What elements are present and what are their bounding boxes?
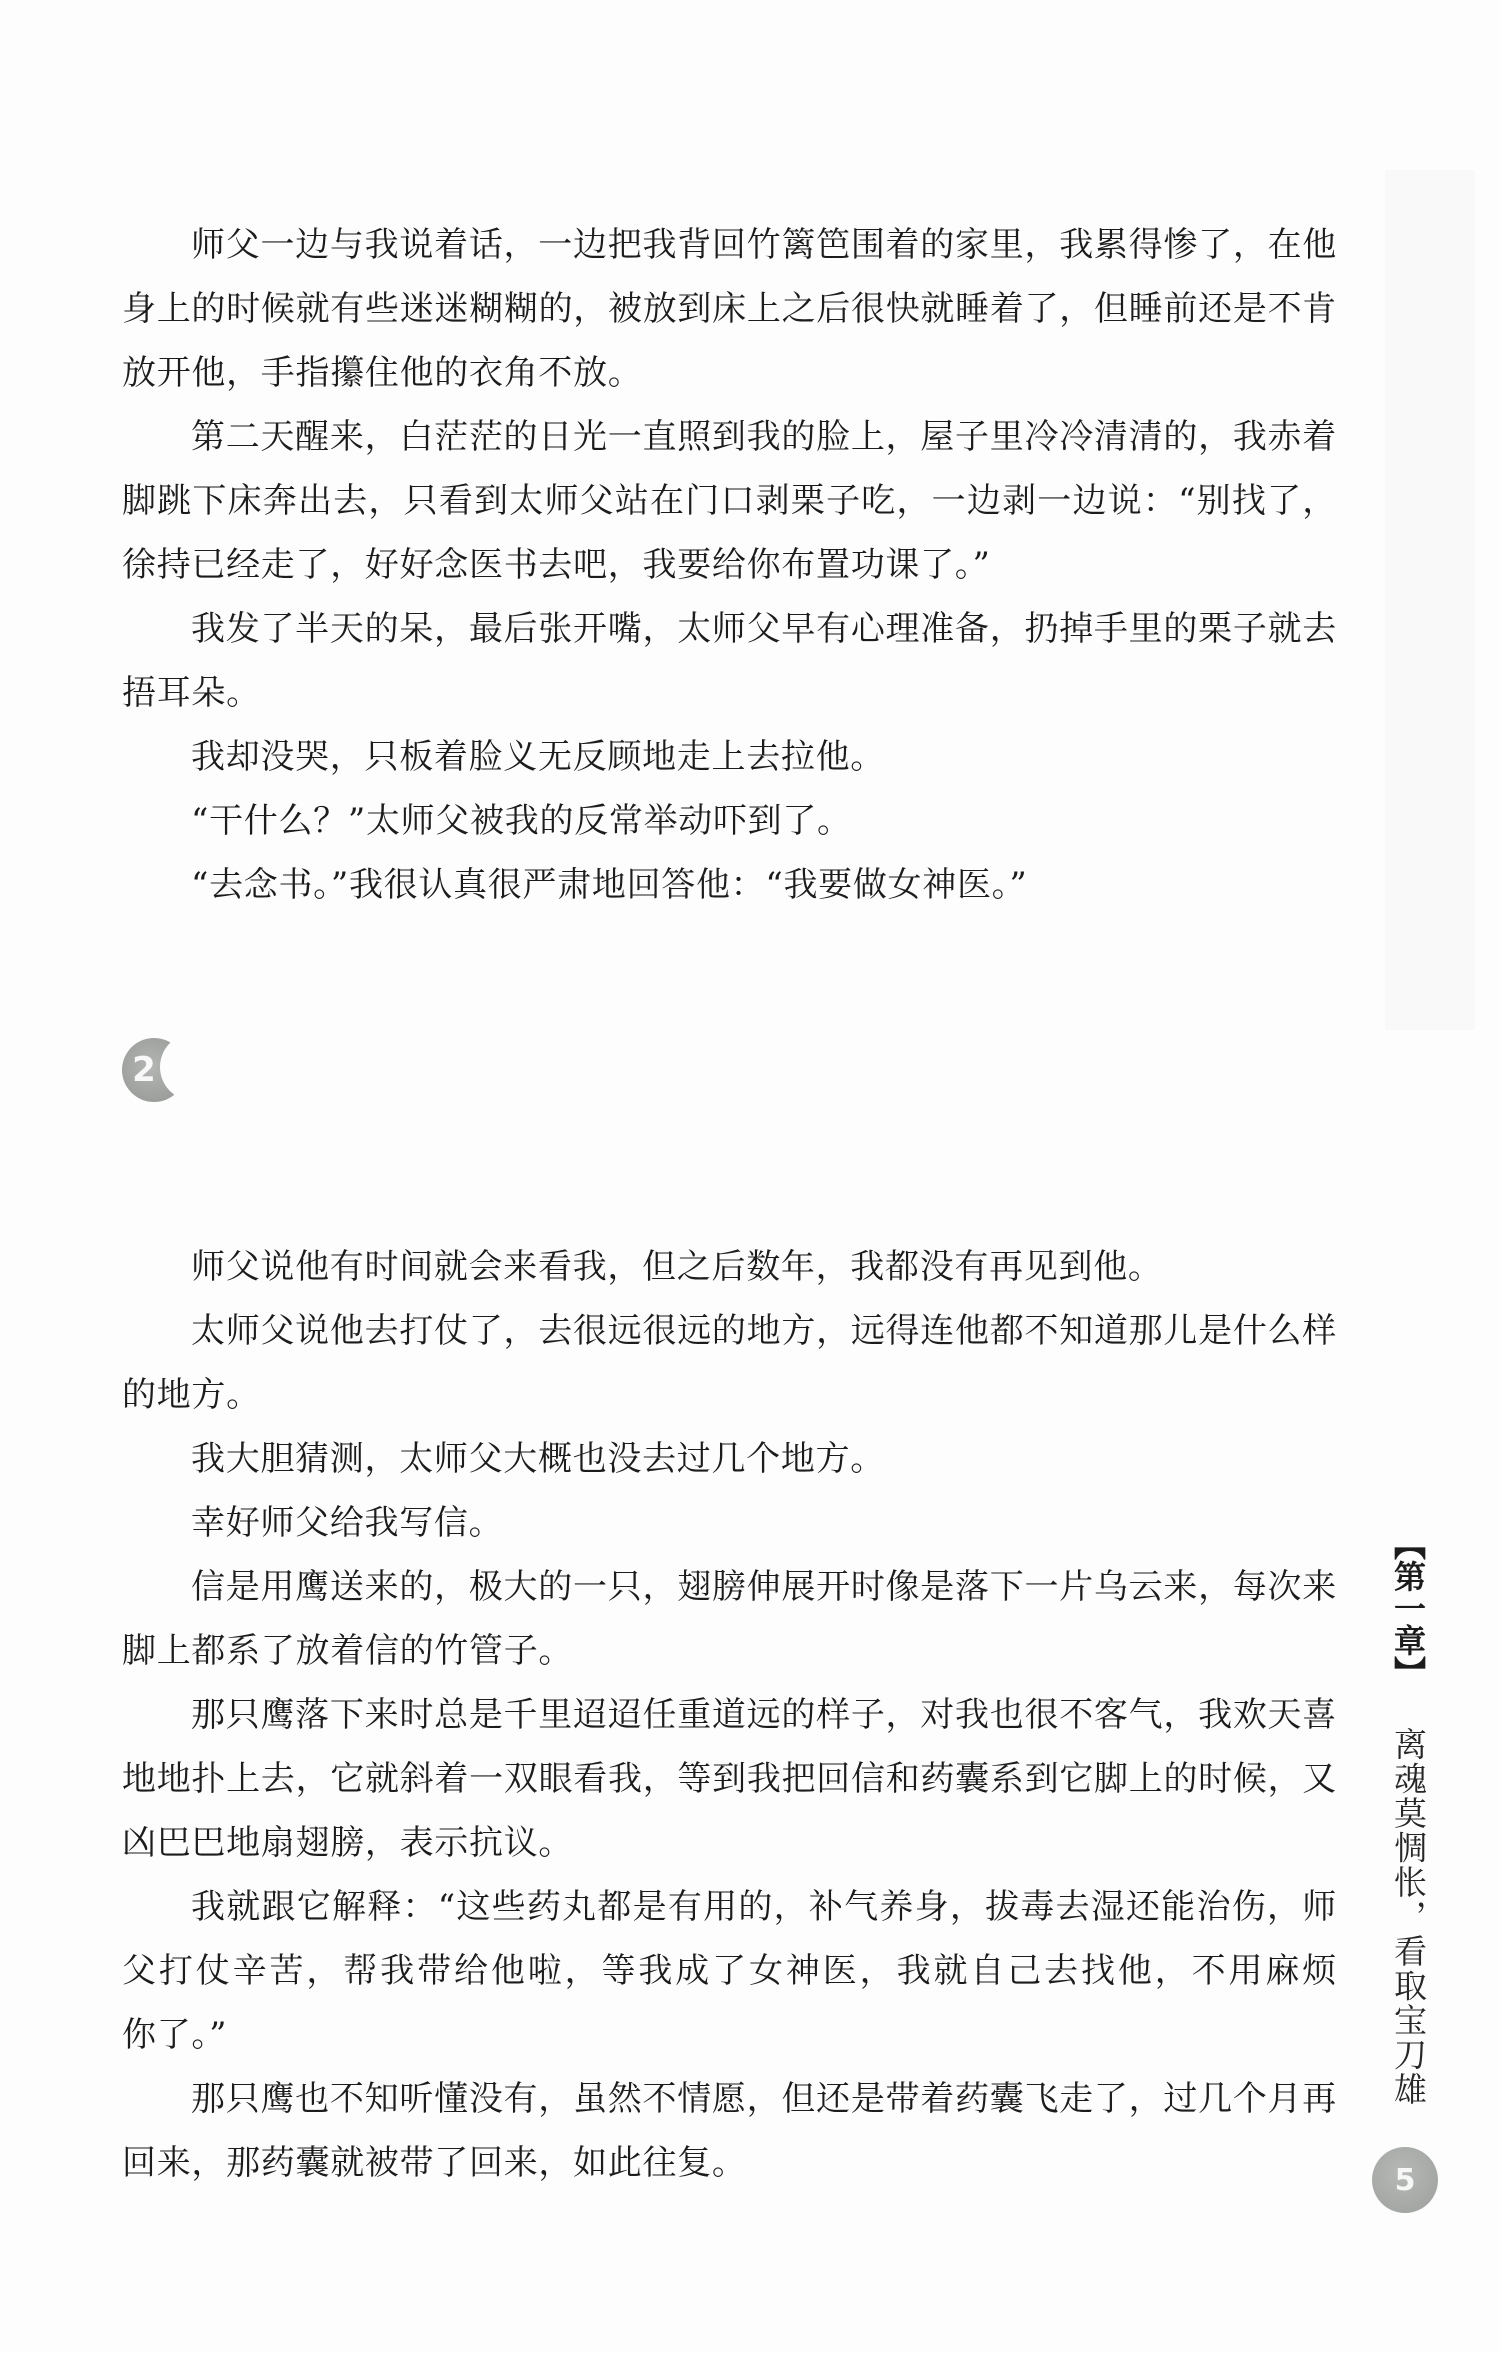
paragraph: 幸好师父给我写信。 xyxy=(122,1491,1337,1555)
section-number-badge: 2 xyxy=(118,1034,200,1106)
text-line: 你了。” xyxy=(122,2003,1337,2067)
text-line: 徐持已经走了，好好念医书去吧，我要给你布置功课了。” xyxy=(122,533,1337,597)
text-line: 回来，那药囊就被带了回来，如此往复。 xyxy=(122,2131,1337,2195)
paragraph: 太师父说他去打仗了，去很远很远的地方，远得连他都不知道那儿是什么样 的地方。 xyxy=(122,1299,1337,1427)
paragraph: 那只鹰落下来时总是千里迢迢任重道远的样子，对我也很不客气，我欢天喜 地地扑上去，… xyxy=(122,1683,1337,1875)
text-line: 捂耳朵。 xyxy=(122,661,1337,725)
paragraph: 第二天醒来，白茫茫的日光一直照到我的脸上，屋子里冷冷清清的，我赤着 脚跳下床奔出… xyxy=(122,405,1337,597)
text-line: 的地方。 xyxy=(122,1363,1337,1427)
text-line: 我就跟它解释：“这些药丸都是有用的，补气养身，拔毒去湿还能治伤，师 xyxy=(122,1875,1337,1939)
text-line: 脚跳下床奔出去，只看到太师父站在门口剥栗子吃，一边剥一边说：“别找了， xyxy=(122,469,1337,533)
scan-shading xyxy=(1385,170,1475,1030)
chapter-label: 【第一章】 xyxy=(1391,1528,1425,1688)
text-line: 信是用鹰送来的，极大的一只，翅膀伸展开时像是落下一片乌云来，每次来 xyxy=(122,1555,1337,1619)
paragraph: “干什么？”太师父被我的反常举动吓到了。 xyxy=(122,789,1337,853)
paragraph: “去念书。”我很认真很严肃地回答他：“我要做女神医。” xyxy=(122,853,1337,917)
text-line: 我发了半天的呆，最后张开嘴，太师父早有心理准备，扔掉手里的栗子就去 xyxy=(122,597,1337,661)
section-1: 师父一边与我说着话，一边把我背回竹篱笆围着的家里，我累得惨了，在他 身上的时候就… xyxy=(122,213,1337,917)
text-line: 凶巴巴地扇翅膀，表示抗议。 xyxy=(122,1811,1337,1875)
paragraph: 我就跟它解释：“这些药丸都是有用的，补气养身，拔毒去湿还能治伤，师 父打仗辛苦，… xyxy=(122,1875,1337,2067)
paragraph: 师父说他有时间就会来看我，但之后数年，我都没有再见到他。 xyxy=(122,1235,1337,1299)
text-line: 地地扑上去，它就斜着一双眼看我，等到我把回信和药囊系到它脚上的时候，又 xyxy=(122,1747,1337,1811)
text-line: 我大胆猜测，太师父大概也没去过几个地方。 xyxy=(122,1427,1337,1491)
text-line: 师父一边与我说着话，一边把我背回竹篱笆围着的家里，我累得惨了，在他 xyxy=(122,213,1337,277)
section-2: 师父说他有时间就会来看我，但之后数年，我都没有再见到他。 太师父说他去打仗了，去… xyxy=(122,1235,1337,2195)
text-line: 父打仗辛苦，帮我带给他啦，等我成了女神医，我就自己去找他，不用麻烦 xyxy=(122,1939,1337,2003)
page-number-badge: 5 xyxy=(1372,2147,1438,2213)
text-line: 那只鹰也不知听懂没有，虽然不情愿，但还是带着药囊飞走了，过几个月再 xyxy=(122,2067,1337,2131)
page-number: 5 xyxy=(1395,2163,1416,2198)
paragraph: 那只鹰也不知听懂没有，虽然不情愿，但还是带着药囊飞走了，过几个月再 回来，那药囊… xyxy=(122,2067,1337,2195)
text-line: 第二天醒来，白茫茫的日光一直照到我的脸上，屋子里冷冷清清的，我赤着 xyxy=(122,405,1337,469)
text-line: 身上的时候就有些迷迷糊糊的，被放到床上之后很快就睡着了，但睡前还是不肯 xyxy=(122,277,1337,341)
text-line: 放开他，手指攥住他的衣角不放。 xyxy=(122,341,1337,405)
text-line: “去念书。”我很认真很严肃地回答他：“我要做女神医。” xyxy=(122,853,1337,917)
paragraph: 信是用鹰送来的，极大的一只，翅膀伸展开时像是落下一片乌云来，每次来 脚上都系了放… xyxy=(122,1555,1337,1683)
section-number: 2 xyxy=(128,1048,160,1092)
paragraph: 师父一边与我说着话，一边把我背回竹篱笆围着的家里，我累得惨了，在他 身上的时候就… xyxy=(122,213,1337,405)
text-line: 幸好师父给我写信。 xyxy=(122,1491,1337,1555)
text-line: 太师父说他去打仗了，去很远很远的地方，远得连他都不知道那儿是什么样 xyxy=(122,1299,1337,1363)
text-line: “干什么？”太师父被我的反常举动吓到了。 xyxy=(122,789,1337,853)
paragraph: 我却没哭，只板着脸义无反顾地走上去拉他。 xyxy=(122,725,1337,789)
paragraph: 我大胆猜测，太师父大概也没去过几个地方。 xyxy=(122,1427,1337,1491)
text-line: 我却没哭，只板着脸义无反顾地走上去拉他。 xyxy=(122,725,1337,789)
text-line: 那只鹰落下来时总是千里迢迢任重道远的样子，对我也很不客气，我欢天喜 xyxy=(122,1683,1337,1747)
text-line: 师父说他有时间就会来看我，但之后数年，我都没有再见到他。 xyxy=(122,1235,1337,1299)
text-line: 脚上都系了放着信的竹管子。 xyxy=(122,1619,1337,1683)
paragraph: 我发了半天的呆，最后张开嘴，太师父早有心理准备，扔掉手里的栗子就去 捂耳朵。 xyxy=(122,597,1337,725)
chapter-subtitle: 离魂莫惆怅，看取宝刀雄 xyxy=(1391,1727,1425,2107)
